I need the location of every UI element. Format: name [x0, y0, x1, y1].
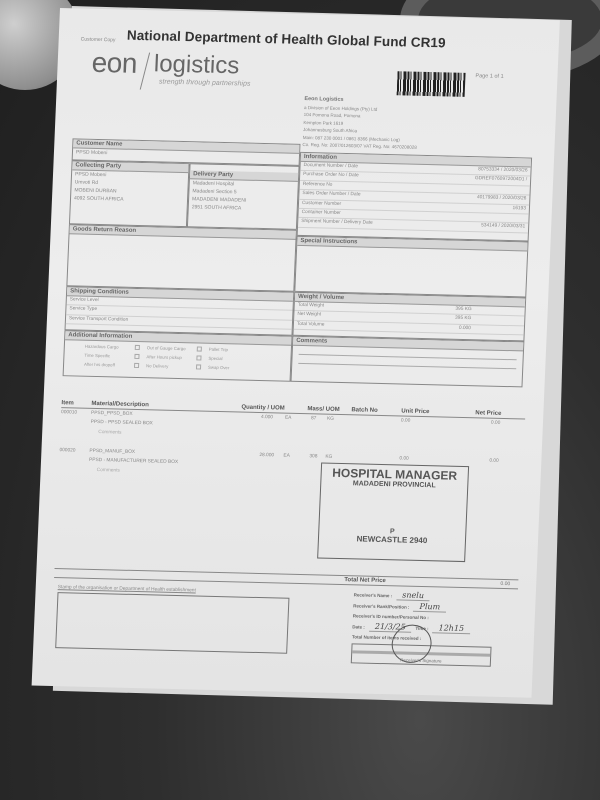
option-label: After hrs dropoff	[84, 362, 134, 368]
goods-return-section: Goods Return Reason	[66, 224, 297, 292]
delivery-note: Customer Copy National Department of Hea…	[32, 8, 560, 698]
shipping-conditions-section: Shipping Conditions Service Level Servic…	[65, 286, 295, 336]
option-label: Out of Gauge Cargo	[147, 345, 197, 351]
col-net-price: Net Price	[475, 410, 519, 417]
table-row: 000020 PPSD_MANUF_BOX PPSD - MANUFACTURE…	[60, 448, 524, 459]
collecting-line: 4092 SOUTH AFRICA	[71, 194, 187, 205]
additional-info-section: Additional Information Hazardous CargoOu…	[63, 330, 293, 382]
item-mass-uom: KG	[325, 455, 332, 460]
special-instructions-section: Special Instructions	[294, 236, 528, 298]
col-mass: Mass/ UOM	[307, 406, 351, 413]
item-comments: Comments	[97, 468, 120, 474]
info-label: Reference No	[303, 181, 333, 190]
option-label: Hazardous Cargo	[85, 344, 135, 350]
weight-value: 395 KG	[455, 306, 472, 315]
info-value: 40179983 / 2020/03/26	[477, 194, 527, 204]
time-value: 12h15	[432, 623, 470, 634]
info-label: Sales Order Number / Date	[302, 190, 360, 200]
comment-line	[298, 363, 516, 369]
info-label: Container Number	[301, 209, 341, 218]
option-checkbox[interactable]	[196, 364, 201, 369]
delivery-line: 2951 SOUTH AFRICA	[189, 203, 297, 214]
item-number: 000010	[61, 410, 77, 415]
option-label: Time Specific	[84, 353, 134, 359]
info-value: GDREF0760972004D1 /	[475, 176, 528, 186]
item-uom: EA	[283, 454, 290, 459]
total-net-price-value: 0.00	[500, 581, 510, 587]
barcode-icon	[397, 71, 466, 97]
logo-divider	[140, 53, 150, 90]
item-mass: 308	[309, 454, 317, 459]
item-description: PPSD - MANUFACTURER SEALED BOX	[89, 458, 178, 465]
stamp-area-box	[55, 592, 289, 654]
spacer	[259, 348, 271, 353]
receiver-name-label: Receiver's Name :	[354, 592, 393, 598]
document-title: National Department of Health Global Fun…	[127, 28, 446, 51]
comment-line	[299, 354, 517, 360]
receiver-rank-value: Plum	[413, 602, 446, 613]
option-checkbox[interactable]	[196, 355, 201, 360]
item-uom: EA	[285, 416, 292, 421]
col-quantity: Quantity / UOM	[241, 405, 307, 413]
logo-primary: eon	[91, 47, 138, 80]
logo-secondary: logistics	[153, 50, 240, 80]
collecting-party-section: Collecting Party PPSD Mobeni Umvoti Rd M…	[69, 160, 190, 227]
col-material: Material/Description	[91, 401, 241, 411]
option-checkbox[interactable]	[135, 345, 140, 350]
option-label: Pallet Trip	[209, 347, 259, 353]
item-mass: 87	[311, 416, 317, 421]
spacer	[258, 366, 270, 371]
info-label: Document Number / Date	[303, 162, 358, 172]
company-address: Eeon Logistics a Division of Eeon Holdin…	[302, 96, 419, 151]
item-description: PPSD - PPSD SEALED BOX	[91, 420, 153, 427]
weight-label: Total Weight	[298, 302, 325, 311]
option-label: No Delivery	[146, 363, 196, 369]
page-number: Page 1 of 1	[475, 73, 503, 80]
company-logo: eon logistics strength through partnersh…	[91, 47, 240, 93]
col-item: Item	[61, 400, 91, 407]
date-label: Date :	[352, 624, 365, 629]
item-number: 000020	[59, 448, 75, 453]
option-checkbox[interactable]	[134, 354, 139, 359]
info-label: Customer Number	[302, 200, 342, 209]
total-net-price-label: Total Net Price	[344, 577, 386, 584]
hospital-stamp: HOSPITAL MANAGER MADADENI PROVINCIAL P N…	[317, 463, 469, 563]
copy-label: Customer Copy	[81, 37, 116, 44]
receiver-id-label: Receiver's ID number/Personal No :	[353, 613, 429, 620]
info-label: Shipment Number / Delivery Date	[301, 218, 373, 228]
option-label: After Hours pickup	[146, 354, 196, 360]
receiver-name-value: snelu	[396, 590, 430, 601]
item-mass-uom: KG	[327, 417, 334, 422]
item-quantity: 4.000	[261, 415, 273, 420]
information-section: Information Document Number / Date807533…	[297, 152, 532, 242]
address-line: Co. Reg. No: 2007/012603/07 VAT Reg. No:…	[302, 141, 417, 151]
weight-volume-section: Weight / Volume Total Weight395 KGNet We…	[292, 292, 526, 342]
weight-label: Net Weight	[297, 311, 321, 320]
option-label: Special	[208, 356, 258, 362]
weight-value: 0.000	[459, 325, 471, 334]
item-comments: Comments	[98, 430, 121, 436]
col-unit-price: Unit Price	[401, 408, 475, 416]
info-value: 80753334 / 2020/03/26	[478, 166, 528, 176]
info-label: Purchase Order No / Date	[303, 171, 359, 181]
item-net-price: 0.00	[489, 459, 499, 464]
item-unit-price: 0.00	[401, 418, 411, 423]
spacer	[258, 357, 270, 362]
info-value: 534149 / 2020/03/31	[481, 223, 525, 232]
option-checkbox[interactable]	[197, 346, 202, 351]
item-net-price: 0.00	[491, 421, 501, 426]
weight-label: Total Volume	[297, 321, 325, 330]
info-value: 16193	[512, 205, 526, 214]
item-unit-price: 0.00	[399, 456, 409, 461]
item-material: PPSD_PPSD_BOX	[91, 411, 133, 417]
col-batch: Batch No	[351, 407, 401, 414]
delivery-party-section: Delivery Party Madadeni Hospital Madaden…	[187, 163, 300, 230]
receiver-rank-label: Receiver's Rank/Position :	[353, 603, 410, 609]
option-checkbox[interactable]	[134, 363, 139, 368]
item-quantity: 28.000	[259, 453, 274, 458]
item-material: PPSD_MANUF_BOX	[89, 449, 135, 455]
logo-tagline: strength through partnerships	[159, 78, 251, 87]
weight-value: 395 KG	[455, 315, 472, 324]
option-label: Swap Over	[208, 365, 258, 371]
comments-section: Comments	[291, 336, 525, 388]
